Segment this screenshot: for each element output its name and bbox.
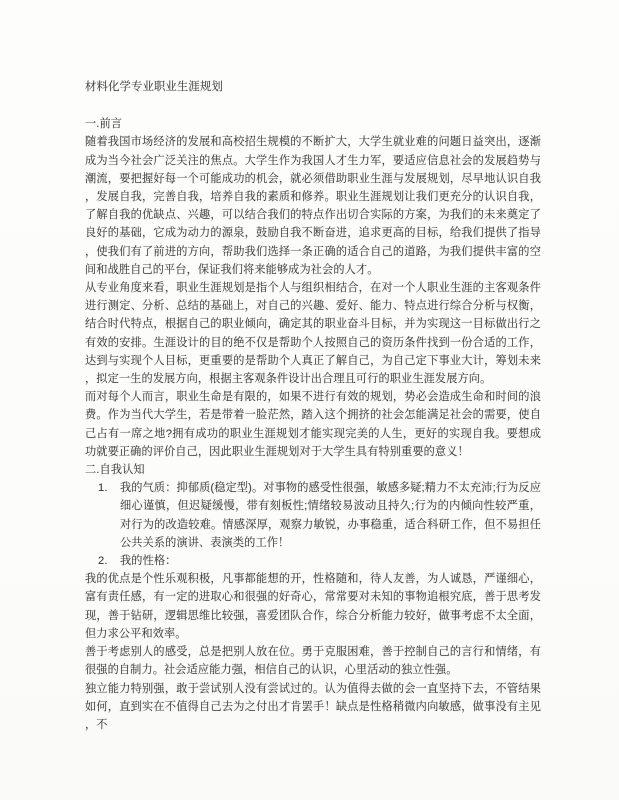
list-item-text: 我的性格： — [120, 552, 541, 570]
document-content: 材料化学专业职业生涯规划 一.前言 随着我国市场经济的发展和高校招生规模的不断扩… — [85, 78, 541, 734]
list-item: 2. 我的性格： — [85, 552, 541, 570]
preface-paragraph: 随着我国市场经济的发展和高校招生规模的不断扩大，大学生就业难的问题日益突出，逐渐… — [85, 133, 541, 279]
document-page: 材料化学专业职业生涯规划 一.前言 随着我国市场经济的发展和高校招生规模的不断扩… — [0, 0, 619, 800]
list-item-text: 我的气质：抑郁质(稳定型)。对事物的感受性很强，敏感多疑;精力不太充沛;行为反应… — [120, 479, 541, 552]
preface-paragraph: 从专业角度来看，职业生涯规划是指个人与组织相结合，在对一个人职业生涯的主客观条件… — [85, 279, 541, 388]
section-heading-self-awareness: 二.自我认知 — [85, 461, 541, 479]
section-heading-preface: 一.前言 — [85, 115, 541, 133]
list-item-number: 1. — [85, 479, 120, 497]
self-awareness-paragraph: 我的优点是个性乐观积极，凡事都能想的开，性格随和，待人友善，为人诚恳，严谨细心，… — [85, 570, 541, 643]
preface-paragraph: 而对每个人而言，职业生命是有限的，如果不进行有效的规划，势必会造成生命和时间的浪… — [85, 388, 541, 461]
list-item-number: 2. — [85, 552, 120, 570]
self-awareness-paragraph: 独立能力特别强，敢于尝试别人没有尝试过的。认为值得去做的会一直坚持下去，不管结果… — [85, 680, 541, 735]
document-title: 材料化学专业职业生涯规划 — [85, 78, 541, 96]
list-item: 1. 我的气质：抑郁质(稳定型)。对事物的感受性很强，敏感多疑;精力不太充沛;行… — [85, 479, 541, 552]
self-awareness-paragraph: 善于考虑别人的感受，总是把别人放在位。勇于克服困难，善于控制自己的言行和情绪，有… — [85, 643, 541, 679]
